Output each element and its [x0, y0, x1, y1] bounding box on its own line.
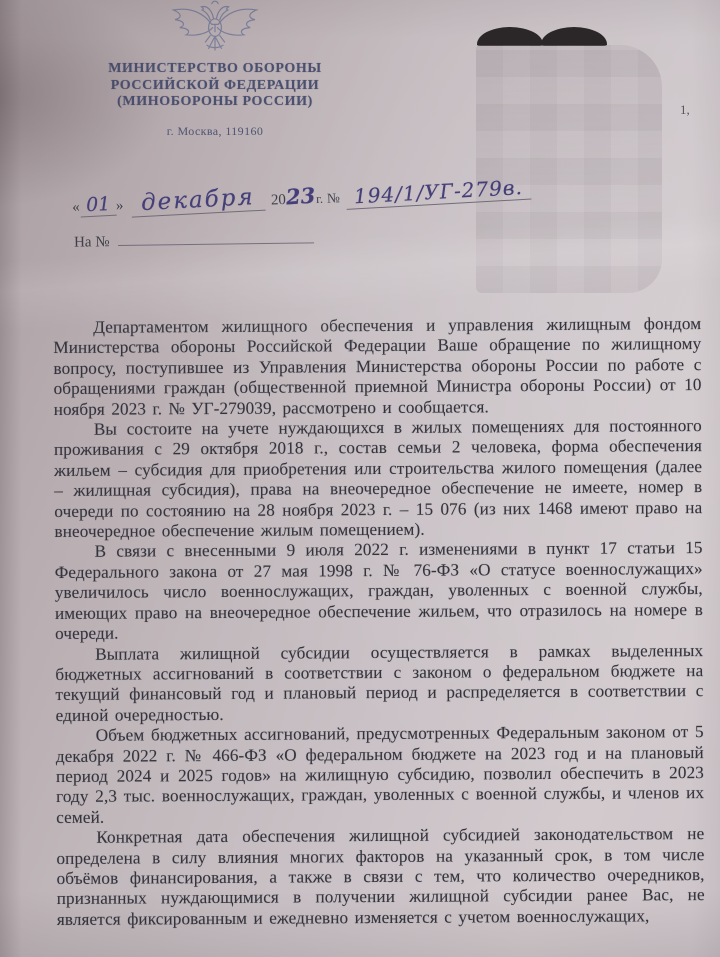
open-quote: «: [72, 199, 80, 216]
reference-line: « 01 » декабря 20 23 г. № 194/1/УГ-279в.: [72, 177, 503, 219]
paragraph-6: Конкретная дата обеспечения жилищной суб…: [56, 824, 705, 930]
ministry-emblem-eagle-icon: [167, 0, 263, 58]
letterhead: МИНИСТЕРСТВО ОБОРОНЫ РОССИЙСКОЙ ФЕДЕРАЦИ…: [62, 61, 368, 139]
reply-label: На №: [74, 234, 110, 251]
ministry-name-line3: (МИНОБОРОНЫ РОССИИ): [62, 94, 368, 111]
year-suffix: г.: [316, 192, 323, 207]
redaction-marker: [477, 27, 607, 46]
reply-number-blank: [117, 228, 313, 246]
document-photo: МИНИСТЕРСТВО ОБОРОНЫ РОССИЙСКОЙ ФЕДЕРАЦИ…: [0, 0, 720, 957]
handwritten-year: 23: [285, 183, 316, 210]
paragraph-1: Департаментом жилищного обеспечения и уп…: [53, 314, 702, 420]
paragraph-5: Объем бюджетных ассигнований, предусмотр…: [56, 722, 705, 828]
redaction-hump: [541, 27, 607, 46]
handwritten-day: 01: [79, 193, 116, 218]
ministry-name-line1: МИНИСТЕРСТВО ОБОРОНЫ: [62, 61, 368, 78]
paragraph-3: В связи с внесенными 9 июля 2022 г. изме…: [55, 538, 704, 644]
letter-body: Департаментом жилищного обеспечения и уп…: [53, 314, 705, 930]
number-sign: №: [327, 190, 340, 206]
handwritten-month: декабря: [131, 184, 266, 218]
ministry-name-line2: РОССИЙСКОЙ ФЕДЕРАЦИИ: [62, 78, 368, 95]
redaction-blur-area: [476, 45, 662, 293]
corner-mark: 1,: [680, 102, 690, 118]
reply-reference-line: На №: [74, 228, 314, 251]
printed-year-prefix: 20: [271, 192, 287, 210]
redaction-hump: [477, 27, 543, 46]
close-quote: »: [116, 198, 124, 215]
ministry-address: г. Москва, 119160: [62, 124, 368, 139]
paragraph-2: Вы состоите на учете нуждающихся в жилых…: [54, 416, 703, 542]
paragraph-4: Выплата жилищной субсидии осуществляется…: [55, 641, 703, 727]
